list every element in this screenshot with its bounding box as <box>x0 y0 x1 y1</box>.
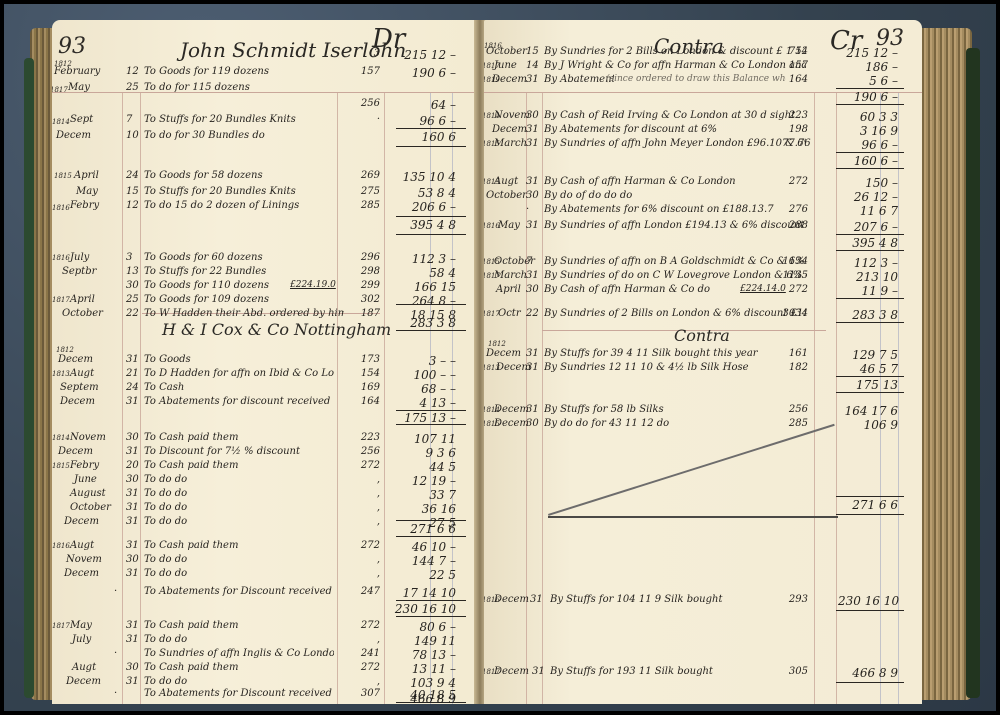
ledger-row: 1817 Decem 31 By Stuffs for 193 11 Silk … <box>484 666 922 680</box>
ledger-row: 30 To Goods for 110 dozens £224.19.0 299… <box>52 280 476 294</box>
ledger-row: · By Abatements for 6% discount on £188.… <box>484 204 922 218</box>
sum-underline <box>836 152 904 153</box>
ledger-row: Decem 10 To do for 30 Bundles do 160 6 <box>52 130 476 144</box>
account-total: 395 4 8 <box>390 218 456 232</box>
account-title-cox: H & I Cox & Co Nottingham <box>162 320 391 339</box>
sum-underline <box>396 216 466 217</box>
ledger-row: 1815 Augt 31 By Cash of affn Harman & Co… <box>484 176 922 190</box>
ledger-row: 256 64 – <box>52 98 476 112</box>
sum-underline <box>836 298 904 299</box>
ledger-row: 1817 May 25 To do for 115 dozens <box>52 82 476 96</box>
sum-underline <box>396 128 466 129</box>
ledger-row: 1817 May 31 To Cash paid them 272 80 6 – <box>52 620 476 634</box>
account-total: 190 6 – <box>838 90 898 104</box>
book-cover-right <box>966 48 980 698</box>
ledger-row: August 31 To do do , 33 7 <box>52 488 476 502</box>
ledger-row: Decem 31 By Abatements for discount at 6… <box>484 124 922 138</box>
sum-underline <box>836 496 904 497</box>
ledger-row: 1813 Decem 31 By Sundries 12 11 10 & 4½ … <box>484 362 922 376</box>
account-total: 175 13 <box>838 378 898 392</box>
sum-underline <box>396 234 466 235</box>
ledger-row: October 31 To do do , 36 16 <box>52 502 476 516</box>
ledger-row: June 30 To do do , 12 19 – <box>52 474 476 488</box>
sum-underline <box>836 104 904 105</box>
ledger-row: 1814 Novem 30 To Cash paid them 223 107 … <box>52 432 476 446</box>
ledger-row: April 30 By Cash of affn Harman & Co do … <box>484 284 922 298</box>
account-total: 175 13 – <box>390 411 456 425</box>
sum-underline <box>396 536 466 537</box>
sum-underline <box>396 146 466 147</box>
ledger-row: 1816 July 3 To Goods for 60 dozens 296 1… <box>52 252 476 266</box>
ledger-row: Septbr 13 To Stuffs for 22 Bundles 298 5… <box>52 266 476 280</box>
ledger-row: · To Sundries of affn Inglis & Co London… <box>52 648 476 662</box>
sum-underline <box>836 88 904 89</box>
sum-underline <box>836 168 904 169</box>
sum-underline <box>836 234 904 235</box>
ledger-row: Septem 24 To Cash 169 68 – – <box>52 382 476 396</box>
account-total: 395 4 8 <box>838 236 898 250</box>
ledger-row: Novem 30 To do do , 144 7 – <box>52 554 476 568</box>
sum-underline <box>836 376 904 377</box>
account-total: 230 16 10 <box>390 602 456 616</box>
ledger-row: 1817 March 31 By Sundries of do on C W L… <box>484 270 922 284</box>
side-note: £224.19.0 <box>290 280 336 290</box>
book-right-edge <box>920 28 972 700</box>
left-page: 93 John Schmidt Iserlohn Dr 3 215 12 – 1… <box>52 20 476 704</box>
account-total: 160 6 – <box>838 154 898 168</box>
ledger-row: May 15 To Stuffs for 20 Bundles Knits 27… <box>52 186 476 200</box>
ledger-row: 1816 Decem 31 By Stuffs for 104 11 9 Sil… <box>484 594 922 608</box>
ledger-row: Decem 31 To do do , 22 5 <box>52 568 476 582</box>
side-note: £224.14.0 <box>740 284 786 294</box>
ledger-row: 1816 Augt 31 To Cash paid them 272 46 10… <box>52 540 476 554</box>
ledger-row: 1815 April 24 To Goods for 58 dozens 269… <box>52 170 476 184</box>
ledger-row: 1813 Augt 21 To D Hadden for affn on Ibi… <box>52 368 476 382</box>
account-total: 271 6 6 <box>390 522 456 536</box>
account-total: 466 8 9 <box>390 692 456 706</box>
ledger-row: 1817 June 14 By J Wright & Co for affn H… <box>484 60 922 74</box>
ledger-row: 1815 October 7 By Sundries of affn on B … <box>484 256 922 270</box>
sum-underline <box>396 616 466 617</box>
book-cover-left <box>24 58 34 698</box>
sum-underline <box>396 600 466 601</box>
ledger-row: · To Abatements for Discount received 24… <box>52 586 476 600</box>
ledger-row: 1816 October 15 By Sundries for 2 Bills … <box>484 46 922 60</box>
ledger-row: 1814 Sept 7 To Stuffs for 20 Bundles Kni… <box>52 114 476 128</box>
ledger-row: 1812 February 12 To Goods for 119 dozens… <box>52 66 476 80</box>
ledger-row: 3 215 12 – <box>52 48 476 62</box>
ledger-row: 1814 Novem 30 By Cash of Reid Irving & C… <box>484 110 922 124</box>
ledger-row: 1815 Febry 20 To Cash paid them 272 44 5 <box>52 460 476 474</box>
account-total: 283 3 8 <box>390 316 456 330</box>
ledger-row: 1814 Decem 31 By Stuffs for 58 lb Silks … <box>484 404 922 418</box>
sum-underline <box>836 250 904 251</box>
cancel-horizontal-line <box>548 516 838 518</box>
ledger-row: Decem 31 To Discount for 7½ % discount 2… <box>52 446 476 460</box>
sum-underline <box>836 392 904 393</box>
sum-underline <box>396 330 466 331</box>
ledger-row: July 31 To do do , 149 11 <box>52 634 476 648</box>
right-page: Contra Cr 93 1816 October 15 By Sundries… <box>484 20 922 704</box>
ledger-row: Augt 30 To Cash paid them 272 13 11 – <box>52 662 476 676</box>
sum-underline <box>396 424 466 425</box>
account-total: 271 6 6 <box>838 498 898 512</box>
ledger-row: 1812 Decem 31 By Stuffs for 39 4 11 Silk… <box>484 348 922 362</box>
ledger-row: 1812 Decem 31 To Goods 173 3 – – <box>52 354 476 368</box>
sum-underline <box>836 322 904 323</box>
ledger-row: 1816 Febry 12 To do 15 do 2 dozen of Lin… <box>52 200 476 214</box>
sum-underline <box>836 514 904 515</box>
ledger-row: 1817 April 25 To Goods for 109 dozens 30… <box>52 294 476 308</box>
ledger-row: 1815 Decem 30 By do do for 43 11 12 do 2… <box>484 418 922 432</box>
cancel-diagonal-line <box>548 424 835 516</box>
ledger-row: 1819 Decem 31 By Abatements (since order… <box>484 74 922 88</box>
sum-underline <box>836 682 904 683</box>
ledger-row: 1817 Octr 22 By Sundries of 2 Bills on L… <box>484 308 922 322</box>
sum-underline <box>836 610 904 611</box>
ledger-row: 1815 March 31 By Sundries of affn John M… <box>484 138 922 152</box>
ledger-row: Decem 31 To Abatements for discount rece… <box>52 396 476 410</box>
account-title-contra-cox: Contra <box>674 326 730 345</box>
ledger-row: October 30 By do of do do do 26 12 – <box>484 190 922 204</box>
sum-underline <box>396 520 466 521</box>
sum-underline <box>396 304 466 305</box>
ledger-row: 1816 May 31 By Sundries of affn London £… <box>484 220 922 234</box>
